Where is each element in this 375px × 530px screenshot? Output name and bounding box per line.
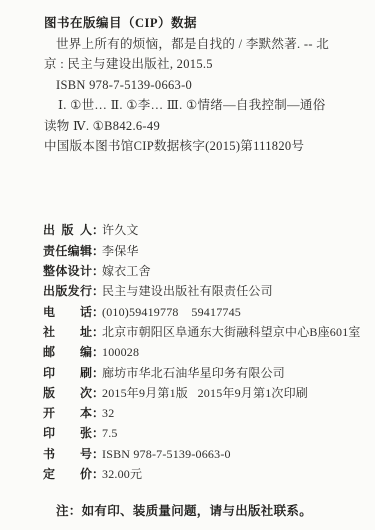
cip-record-number-line: 中国版本图书馆CIP数据核字(2015)第111820号 bbox=[44, 136, 357, 156]
field-separator: ： bbox=[92, 302, 102, 322]
field-separator: ： bbox=[92, 281, 102, 301]
field-label: 印刷 bbox=[43, 363, 92, 383]
field-value: 32 bbox=[102, 403, 114, 423]
colophon-row-publishing-house: 出版发行：民主与建设出版社有限责任公司 bbox=[43, 281, 375, 301]
field-separator: ： bbox=[92, 363, 102, 383]
field-value: ISBN 978-7-5139-0663-0 bbox=[102, 444, 231, 464]
field-separator: ： bbox=[92, 342, 102, 362]
colophon-row-printed-sheets: 印张：7.5 bbox=[43, 423, 375, 443]
field-value: 民主与建设出版社有限责任公司 bbox=[102, 281, 273, 301]
field-separator: ： bbox=[92, 261, 102, 281]
colophon-row-editor: 责任编辑：李保华 bbox=[43, 241, 375, 261]
cip-classification-line-2: 读物 Ⅳ. ①B842.6-49 bbox=[44, 116, 357, 136]
cip-classification-line-1: Ⅰ. ①世… Ⅱ. ①李… Ⅲ. ①情绪—自我控制—通俗 bbox=[44, 95, 357, 115]
field-separator: ： bbox=[92, 423, 102, 443]
field-label: 版次 bbox=[43, 383, 92, 403]
colophon-row-format: 开本：32 bbox=[43, 403, 375, 423]
field-label: 定价 bbox=[43, 464, 92, 484]
colophon-row-phone: 电话：(010)59419778 59417745 bbox=[43, 302, 375, 322]
field-label: 出版人 bbox=[43, 220, 92, 240]
field-value: 许久文 bbox=[102, 220, 139, 240]
field-value: 7.5 bbox=[102, 423, 118, 443]
field-value: 嫁衣工舍 bbox=[102, 261, 151, 281]
quality-note: 注：如有印、装质量问题，请与出版社联系。 bbox=[56, 501, 375, 521]
field-value: 廊坊市华北石油华星印务有限公司 bbox=[102, 363, 285, 383]
field-value: 32.00元 bbox=[102, 464, 142, 484]
field-label: 邮编 bbox=[43, 342, 92, 362]
cip-heading: 图书在版编目（CIP）数据 bbox=[44, 12, 357, 34]
cip-title-line-1: 世界上所有的烦恼，都是自找的 / 李默然著. -- 北 bbox=[44, 34, 357, 54]
field-label: 责任编辑 bbox=[43, 241, 92, 261]
field-value: 100028 bbox=[102, 342, 139, 362]
field-label: 书号 bbox=[43, 444, 92, 464]
colophon-row-book-number: 书号：ISBN 978-7-5139-0663-0 bbox=[43, 444, 375, 464]
field-separator: ： bbox=[92, 241, 102, 261]
colophon-row-publisher: 出版人：许久文 bbox=[43, 220, 375, 240]
cip-section: 图书在版编目（CIP）数据 世界上所有的烦恼，都是自找的 / 李默然著. -- … bbox=[44, 0, 357, 156]
field-label: 社址 bbox=[43, 322, 92, 342]
field-separator: ： bbox=[92, 403, 102, 423]
colophon-row-postcode: 邮编：100028 bbox=[43, 342, 375, 362]
field-label: 印张 bbox=[43, 423, 92, 443]
field-label: 电话 bbox=[43, 302, 92, 322]
field-separator: ： bbox=[92, 383, 102, 403]
field-value: 北京市朝阳区阜通东大街融科望京中心B座601室 bbox=[102, 322, 361, 342]
field-label: 出版发行 bbox=[43, 281, 92, 301]
book-copyright-page: 图书在版编目（CIP）数据 世界上所有的烦恼，都是自找的 / 李默然著. -- … bbox=[0, 0, 375, 530]
colophon-row-edition: 版次：2015年9月第1版 2015年9月第1次印刷 bbox=[43, 383, 375, 403]
field-separator: ： bbox=[92, 220, 102, 240]
field-value: 李保华 bbox=[102, 241, 139, 261]
field-value: 2015年9月第1版 2015年9月第1次印刷 bbox=[102, 383, 308, 403]
field-separator: ： bbox=[92, 322, 102, 342]
cip-isbn-line: ISBN 978-7-5139-0663-0 bbox=[44, 75, 357, 95]
colophon-row-design: 整体设计：嫁衣工舍 bbox=[43, 261, 375, 281]
colophon-row-address: 社址：北京市朝阳区阜通东大街融科望京中心B座601室 bbox=[43, 322, 375, 342]
field-separator: ： bbox=[92, 444, 102, 464]
colophon-section: 出版人：许久文 责任编辑：李保华 整体设计：嫁衣工舍 出版发行：民主与建设出版社… bbox=[43, 220, 375, 484]
field-label: 整体设计 bbox=[43, 261, 92, 281]
field-value: (010)59419778 59417745 bbox=[102, 302, 241, 322]
field-label: 开本 bbox=[43, 403, 92, 423]
colophon-row-printer: 印刷：廊坊市华北石油华星印务有限公司 bbox=[43, 363, 375, 383]
cip-title-line-2: 京 : 民主与建设出版社, 2015.5 bbox=[44, 54, 357, 74]
colophon-row-price: 定价：32.00元 bbox=[43, 464, 375, 484]
field-separator: ： bbox=[92, 464, 102, 484]
